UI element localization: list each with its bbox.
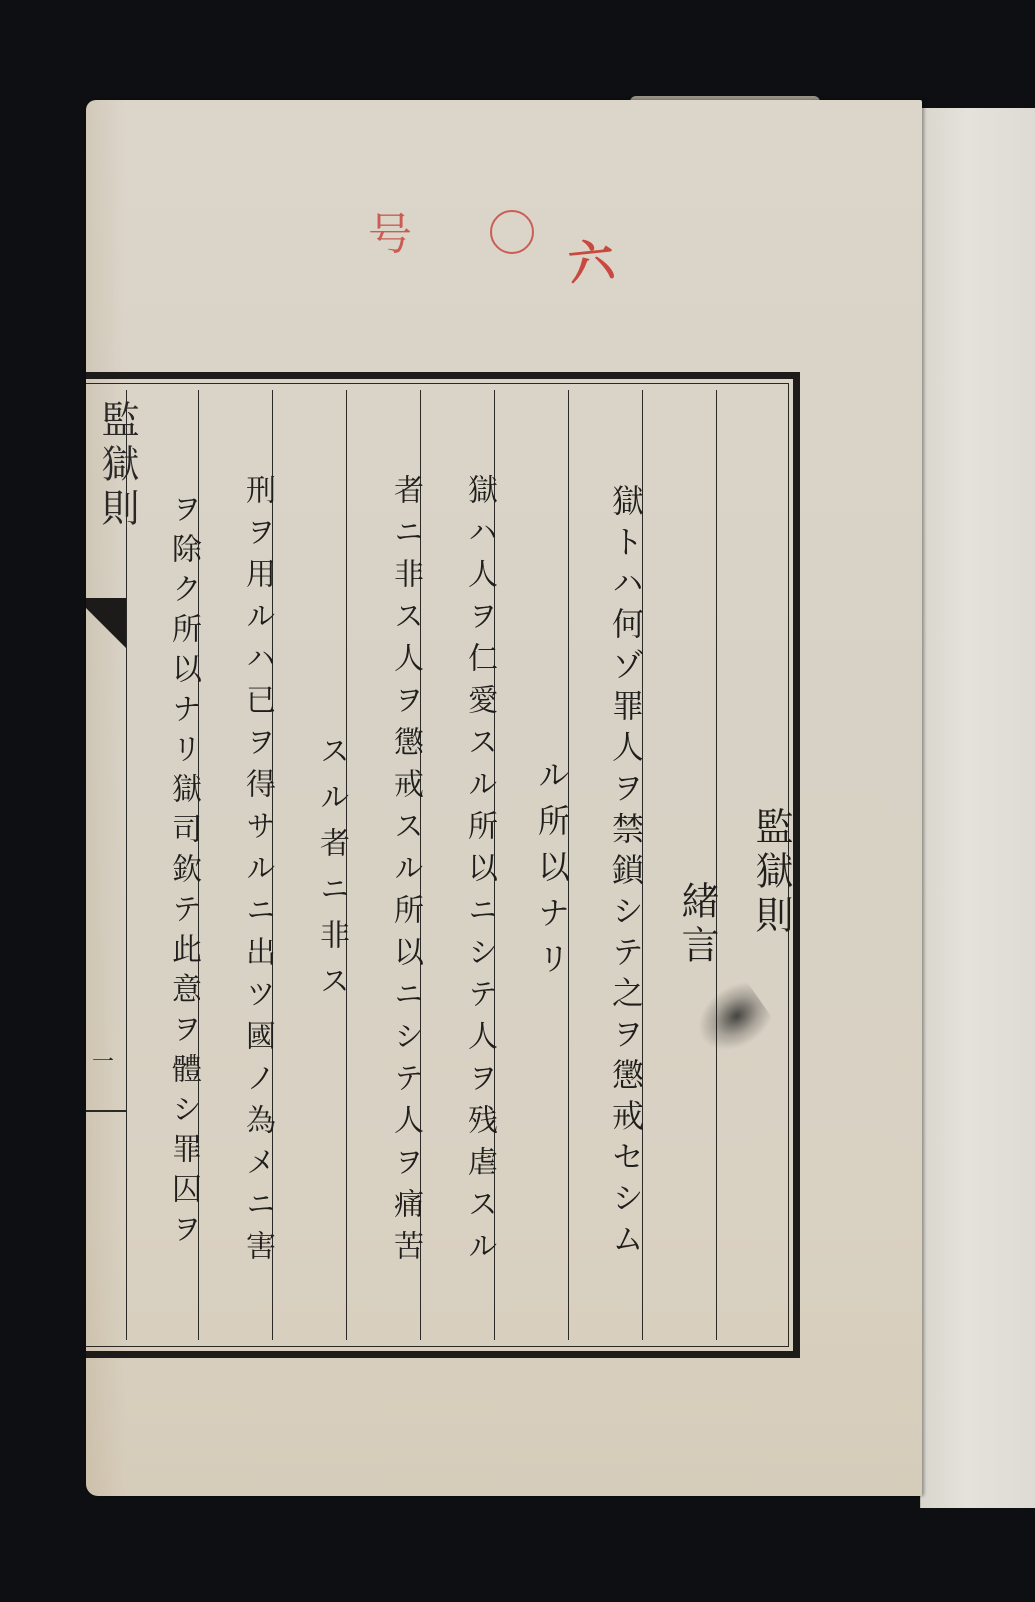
section-heading: 緒言 (643, 881, 716, 969)
next-page-edge (920, 108, 1035, 1508)
red-stamp-gou: 号 (368, 198, 412, 262)
text-column-1: 獄トハ何ゾ罪人ヲ禁鎖シテ之ヲ懲戒セシム (568, 390, 642, 1340)
gutter-title: 監獄則 (90, 400, 145, 532)
column-section: 緒言 (642, 390, 716, 1340)
column-text: 獄トハ何ゾ罪人ヲ禁鎖シテ之ヲ懲戒セシム (569, 484, 642, 1263)
text-frame-inner: 監獄則 緒言 獄トハ何ゾ罪人ヲ禁鎖シテ之ヲ懲戒セシム ル所以ナリ 獄ハ人ヲ仁愛ス… (86, 383, 789, 1347)
text-frame: 監獄則 緒言 獄トハ何ゾ罪人ヲ禁鎖シテ之ヲ懲戒セシム ル所以ナリ 獄ハ人ヲ仁愛ス… (86, 372, 800, 1358)
column-text: 獄ハ人ヲ仁愛スル所以ニシテ人ヲ残虐スル (421, 474, 494, 1272)
fishtail-mark-icon (86, 598, 126, 648)
text-column-6: 刑ヲ用ルハ已ヲ得サルニ出ツ國ノ為メニ害 (198, 390, 272, 1340)
page-number: 一 (92, 1045, 114, 1076)
column-title: 監獄則 (716, 390, 790, 1340)
text-column-5: スル者ニ非ス (272, 390, 346, 1340)
text-column-7: ヲ除ク所以ナリ獄司欽テ此意ヲ體シ罪囚ヲ (126, 390, 198, 1340)
red-stamp-roku: 六 (565, 224, 618, 294)
page-gutter: 監獄則 一 (86, 390, 126, 1340)
gutter-divider (86, 1110, 126, 1112)
column-text: 者ニ非ス人ヲ懲戒スル所以ニシテ人ヲ痛苦 (347, 474, 420, 1272)
text-column-2: ル所以ナリ (494, 390, 568, 1340)
column-text: ル所以ナリ (495, 758, 568, 988)
document-title: 監獄則 (717, 807, 790, 939)
column-text: 刑ヲ用ルハ已ヲ得サルニ出ツ國ノ為メニ害 (199, 474, 272, 1272)
column-text: ヲ除ク所以ナリ獄司欽テ此意ヲ體シ罪囚ヲ (127, 493, 198, 1253)
red-stamp-circle-icon (490, 210, 534, 254)
text-column-3: 獄ハ人ヲ仁愛スル所以ニシテ人ヲ残虐スル (420, 390, 494, 1340)
column-text: スル者ニ非ス (273, 735, 346, 1011)
text-column-4: 者ニ非ス人ヲ懲戒スル所以ニシテ人ヲ痛苦 (346, 390, 420, 1340)
